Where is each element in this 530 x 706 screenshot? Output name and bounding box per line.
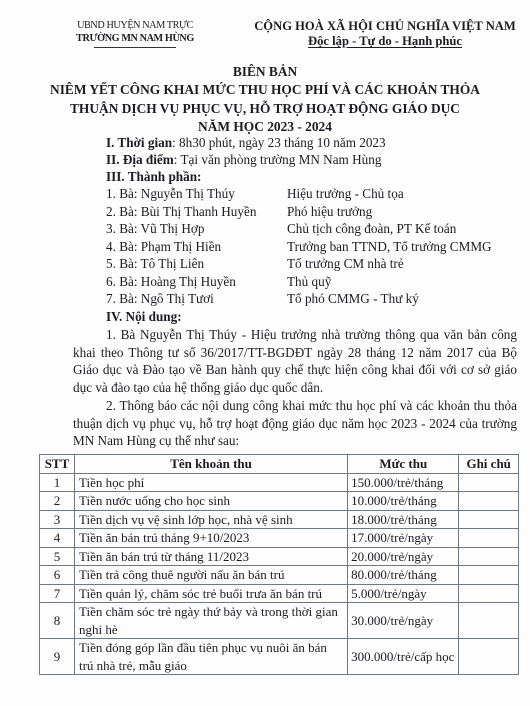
authority-name: UBND HUYỆN NAM TRỰC [70, 20, 200, 33]
row-note [459, 603, 519, 639]
section-content-heading: IV. Nội dung: [106, 308, 182, 326]
row-stt: 8 [40, 603, 75, 639]
row-note [459, 547, 519, 566]
member-name: 2. Bà: Bùi Thị Thanh Huyền [106, 203, 287, 221]
row-fee: 20.000/trẻ/ngày [348, 547, 459, 566]
table-row: 4 Tiền ăn bán trú tháng 9+10/2023 17.000… [40, 529, 519, 548]
member-name: 6. Bà: Hoàng Thị Huyền [106, 273, 287, 291]
table-row: 9 Tiền đóng góp lần đầu tiên phục vụ nuô… [40, 639, 519, 675]
row-note [459, 473, 519, 492]
member-role: Tổ phó CMMG - Thư ký [287, 290, 419, 308]
title-line-2: THUẬN DỊCH VỤ PHỤC VỤ, HỖ TRỢ HOẠT ĐỘNG … [0, 100, 530, 118]
member-item: 7. Bà: Ngô Thị Tươi Tổ phó CMMG - Thư ký [106, 290, 526, 308]
row-item-name: Tiền ăn bán trú tháng 9+10/2023 [74, 529, 347, 548]
row-stt: 5 [40, 547, 75, 566]
member-name: 4. Bà: Phạm Thị Hiền [106, 238, 287, 256]
table-row: 3 Tiền dịch vụ vệ sinh lớp học, nhà vệ s… [40, 510, 519, 529]
member-name: 3. Bà: Vũ Thị Hợp [106, 220, 287, 238]
row-stt: 4 [40, 529, 75, 548]
member-item: 6. Bà: Hoàng Thị Huyền Thủ quỹ [106, 273, 526, 291]
section-place-value: : Tại văn phòng trường MN Nam Hùng [174, 152, 382, 167]
column-header-item-name: Tên khoản thu [74, 455, 347, 474]
national-motto: Độc lập - Tự do - Hạnh phúc [308, 34, 462, 49]
row-item-name: Tiền nước uống cho học sinh [74, 492, 347, 511]
member-role: Chủ tịch công đoàn, PT Kế toán [287, 220, 456, 238]
section-time-value: : 8h30 phút, ngày 23 tháng 10 năm 2023 [172, 135, 386, 150]
member-role: Tổ trưởng CM nhà trẻ [287, 255, 404, 273]
row-item-name: Tiền trả công thuê người nấu ăn bán trú [74, 566, 347, 585]
member-name: 1. Bà: Nguyễn Thị Thúy [106, 185, 287, 203]
table-row: 8 Tiền chăm sóc trẻ ngày thứ bảy và tron… [40, 603, 519, 639]
table-row: 2 Tiền nước uống cho học sinh 10.000/trẻ… [40, 492, 519, 511]
row-item-name: Tiền học phí [74, 473, 347, 492]
row-note [459, 510, 519, 529]
row-fee: 17.000/trẻ/ngày [348, 529, 459, 548]
section-time-label: I. Thời gian [106, 135, 172, 150]
row-fee: 30.000/trẻ/ngày [348, 603, 459, 639]
row-fee: 150.000/trẻ/tháng [348, 473, 459, 492]
issuing-authority-block: UBND HUYỆN NAM TRỰC TRƯỜNG MN NAM HÙNG [70, 20, 200, 48]
member-item: 5. Bà: Tô Thị Liên Tổ trưởng CM nhà trẻ [106, 255, 526, 273]
table-row: 1 Tiền học phí 150.000/trẻ/tháng [40, 473, 519, 492]
row-item-name: Tiền đóng góp lần đầu tiên phục vụ nuôi … [74, 639, 347, 675]
fee-table-header-row: STT Tên khoản thu Mức thu Ghi chú [40, 455, 519, 474]
row-item-name: Tiền quản lý, chăm sóc trẻ buổi trưa ăn … [74, 584, 347, 603]
row-fee: 80.000/trẻ/tháng [348, 566, 459, 585]
row-note [459, 492, 519, 511]
row-item-name: Tiền chăm sóc trẻ ngày thứ bảy và trong … [74, 603, 347, 639]
school-name-underline [94, 47, 176, 48]
member-item: 3. Bà: Vũ Thị Hợp Chủ tịch công đoàn, PT… [106, 220, 526, 238]
section-time: I. Thời gian: 8h30 phút, ngày 23 tháng 1… [106, 134, 386, 152]
table-row: 5 Tiền ăn bán trú từ tháng 11/2023 20.00… [40, 547, 519, 566]
content-paragraph-2: 2. Thông báo các nội dung công khai mức … [73, 397, 517, 450]
row-fee: 18.000/trẻ/tháng [348, 510, 459, 529]
table-row: 6 Tiền trả công thuê người nấu ăn bán tr… [40, 566, 519, 585]
table-row: 7 Tiền quản lý, chăm sóc trẻ buổi trưa ă… [40, 584, 519, 603]
document-page: UBND HUYỆN NAM TRỰC TRƯỜNG MN NAM HÙNG C… [0, 0, 530, 706]
row-fee: 10.000/trẻ/tháng [348, 492, 459, 511]
title-line-1: NIÊM YẾT CÔNG KHAI MỨC THU HỌC PHÍ VÀ CÁ… [0, 81, 530, 99]
row-stt: 6 [40, 566, 75, 585]
section-place-label: II. Địa điểm [106, 152, 174, 167]
row-note [459, 529, 519, 548]
row-item-name: Tiền dịch vụ vệ sinh lớp học, nhà vệ sin… [74, 510, 347, 529]
row-stt: 2 [40, 492, 75, 511]
row-note [459, 639, 519, 675]
country-name: CỘNG HOÀ XÃ HỘI CHỦ NGHĨA VIỆT NAM [250, 19, 520, 34]
member-name: 7. Bà: Ngô Thị Tươi [106, 290, 287, 308]
row-note [459, 566, 519, 585]
column-header-note: Ghi chú [459, 455, 519, 474]
section-members-heading: III. Thành phần: [106, 168, 201, 186]
member-item: 2. Bà: Bùi Thị Thanh Huyền Phó hiệu trưở… [106, 203, 526, 221]
member-item: 4. Bà: Phạm Thị Hiền Trưởng ban TTND, Tổ… [106, 238, 526, 256]
member-name: 5. Bà: Tô Thị Liên [106, 255, 287, 273]
column-header-stt: STT [40, 455, 75, 474]
column-header-fee: Mức thu [348, 455, 459, 474]
row-stt: 3 [40, 510, 75, 529]
member-role: Thủ quỹ [287, 273, 331, 291]
document-type: BIÊN BẢN [0, 63, 530, 81]
members-list: 1. Bà: Nguyễn Thị Thúy Hiệu trưởng - Chủ… [106, 185, 526, 308]
content-paragraph-1: 1. Bà Nguyễn Thị Thúy - Hiệu trưởng nhà … [73, 326, 517, 396]
section-place: II. Địa điểm: Tại văn phòng trường MN Na… [106, 151, 381, 169]
row-fee: 300.000/trẻ/cấp học [348, 639, 459, 675]
row-stt: 1 [40, 473, 75, 492]
national-heading-block: CỘNG HOÀ XÃ HỘI CHỦ NGHĨA VIỆT NAM Độc l… [250, 19, 520, 49]
document-title-block: BIÊN BẢN NIÊM YẾT CÔNG KHAI MỨC THU HỌC … [0, 63, 530, 137]
row-stt: 9 [40, 639, 75, 675]
member-role: Phó hiệu trưởng [287, 203, 372, 221]
row-stt: 7 [40, 584, 75, 603]
row-fee: 5.000/trẻ/ngày [348, 584, 459, 603]
member-role: Hiệu trưởng - Chủ tọa [287, 185, 404, 203]
school-name: TRƯỜNG MN NAM HÙNG [70, 33, 200, 46]
row-note [459, 584, 519, 603]
member-role: Trưởng ban TTND, Tổ trưởng CMMG [287, 238, 492, 256]
fee-table: STT Tên khoản thu Mức thu Ghi chú 1 Tiền… [39, 454, 519, 675]
member-item: 1. Bà: Nguyễn Thị Thúy Hiệu trưởng - Chủ… [106, 185, 526, 203]
row-item-name: Tiền ăn bán trú từ tháng 11/2023 [74, 547, 347, 566]
